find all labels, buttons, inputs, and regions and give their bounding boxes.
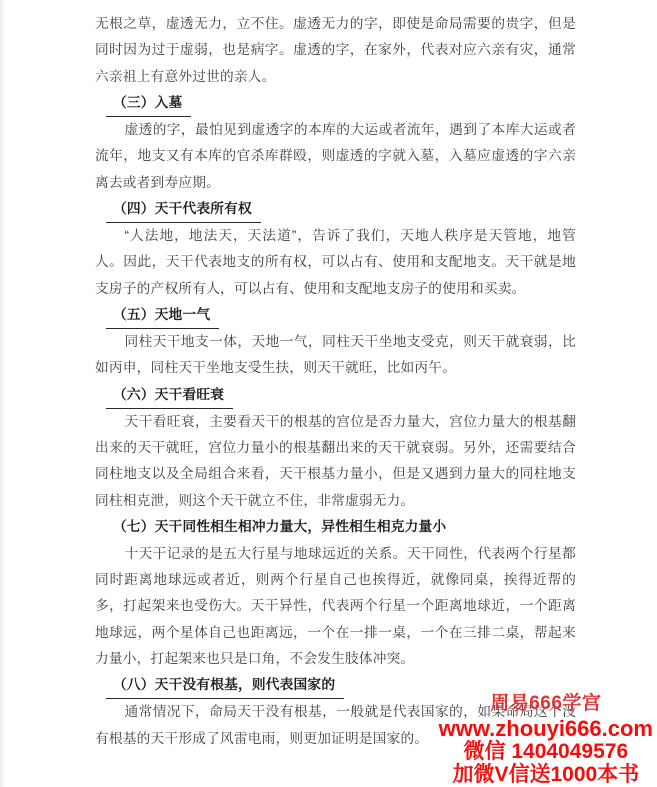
paragraph: 同柱天干地支一体，天地一气，同柱天干坐地支受克，则天干就衰弱，比如丙申，同柱天干… [95, 329, 576, 382]
section-heading: （七）天干同性相生相冲力量大，异性相生相克力量小 [95, 514, 576, 540]
page-body: { "colors": { "body_text": "#3c3c3c", "h… [0, 0, 657, 787]
section-heading: （八）天干没有根基，则代表国家的 [95, 672, 576, 699]
section-heading-text: （三）入墓 [106, 91, 191, 117]
section-heading: （六）天干看旺衰 [95, 382, 576, 409]
document-root: :root{ --body-text:#3c3c3c; --heading-te… [0, 0, 657, 787]
paragraph: “人法地，地法天，天法道”，告诉了我们，天地人秩序是天管地，地管人。因此，天干代… [95, 223, 576, 302]
paragraph: 十天干记录的是五大行星与地球远近的关系。天干同性，代表两个行星都同时距离地球远或… [95, 541, 576, 673]
section-heading-text: （四）天干代表所有权 [106, 197, 261, 223]
document-body: 无根之草，虚透无力，立不住。虚透无力的字，即使是命局需要的贵字，但是同时因为过于… [95, 11, 576, 752]
section-heading: （四）天干代表所有权 [95, 196, 576, 223]
section-heading: （五）天地一气 [95, 302, 576, 329]
section-heading-text: （五）天地一气 [106, 303, 219, 329]
section-heading-text: （八）天干没有根基，则代表国家的 [106, 673, 344, 699]
section-heading-text: （七）天干同性相生相冲力量大，异性相生相克力量小 [113, 515, 446, 539]
document-page: 无根之草，虚透无力，立不住。虚透无力的字，即使是命局需要的贵字，但是同时因为过于… [0, 0, 657, 787]
paragraph: 天干看旺衰，主要看天干的根基的宫位是否力量大，宫位力量大的根基翻出来的天干就旺，… [95, 409, 576, 514]
section-heading: （三）入墓 [95, 90, 576, 117]
scan-edge-shadow [0, 0, 5, 787]
paragraph: 虚透的字，最怕见到虚透字的本库的大运或者流年，遇到了本库大运或者流年，地支又有本… [95, 117, 576, 196]
paragraph: 通常情况下，命局天干没有根基，一般就是代表国家的，如果命局这个没有根基的天干形成… [95, 699, 576, 752]
paragraph: 无根之草，虚透无力，立不住。虚透无力的字，即使是命局需要的贵字，但是同时因为过于… [95, 11, 576, 90]
watermark-promo-text: 加微V信送1000本书 [439, 763, 653, 786]
section-heading-text: （六）天干看旺衰 [106, 383, 233, 409]
